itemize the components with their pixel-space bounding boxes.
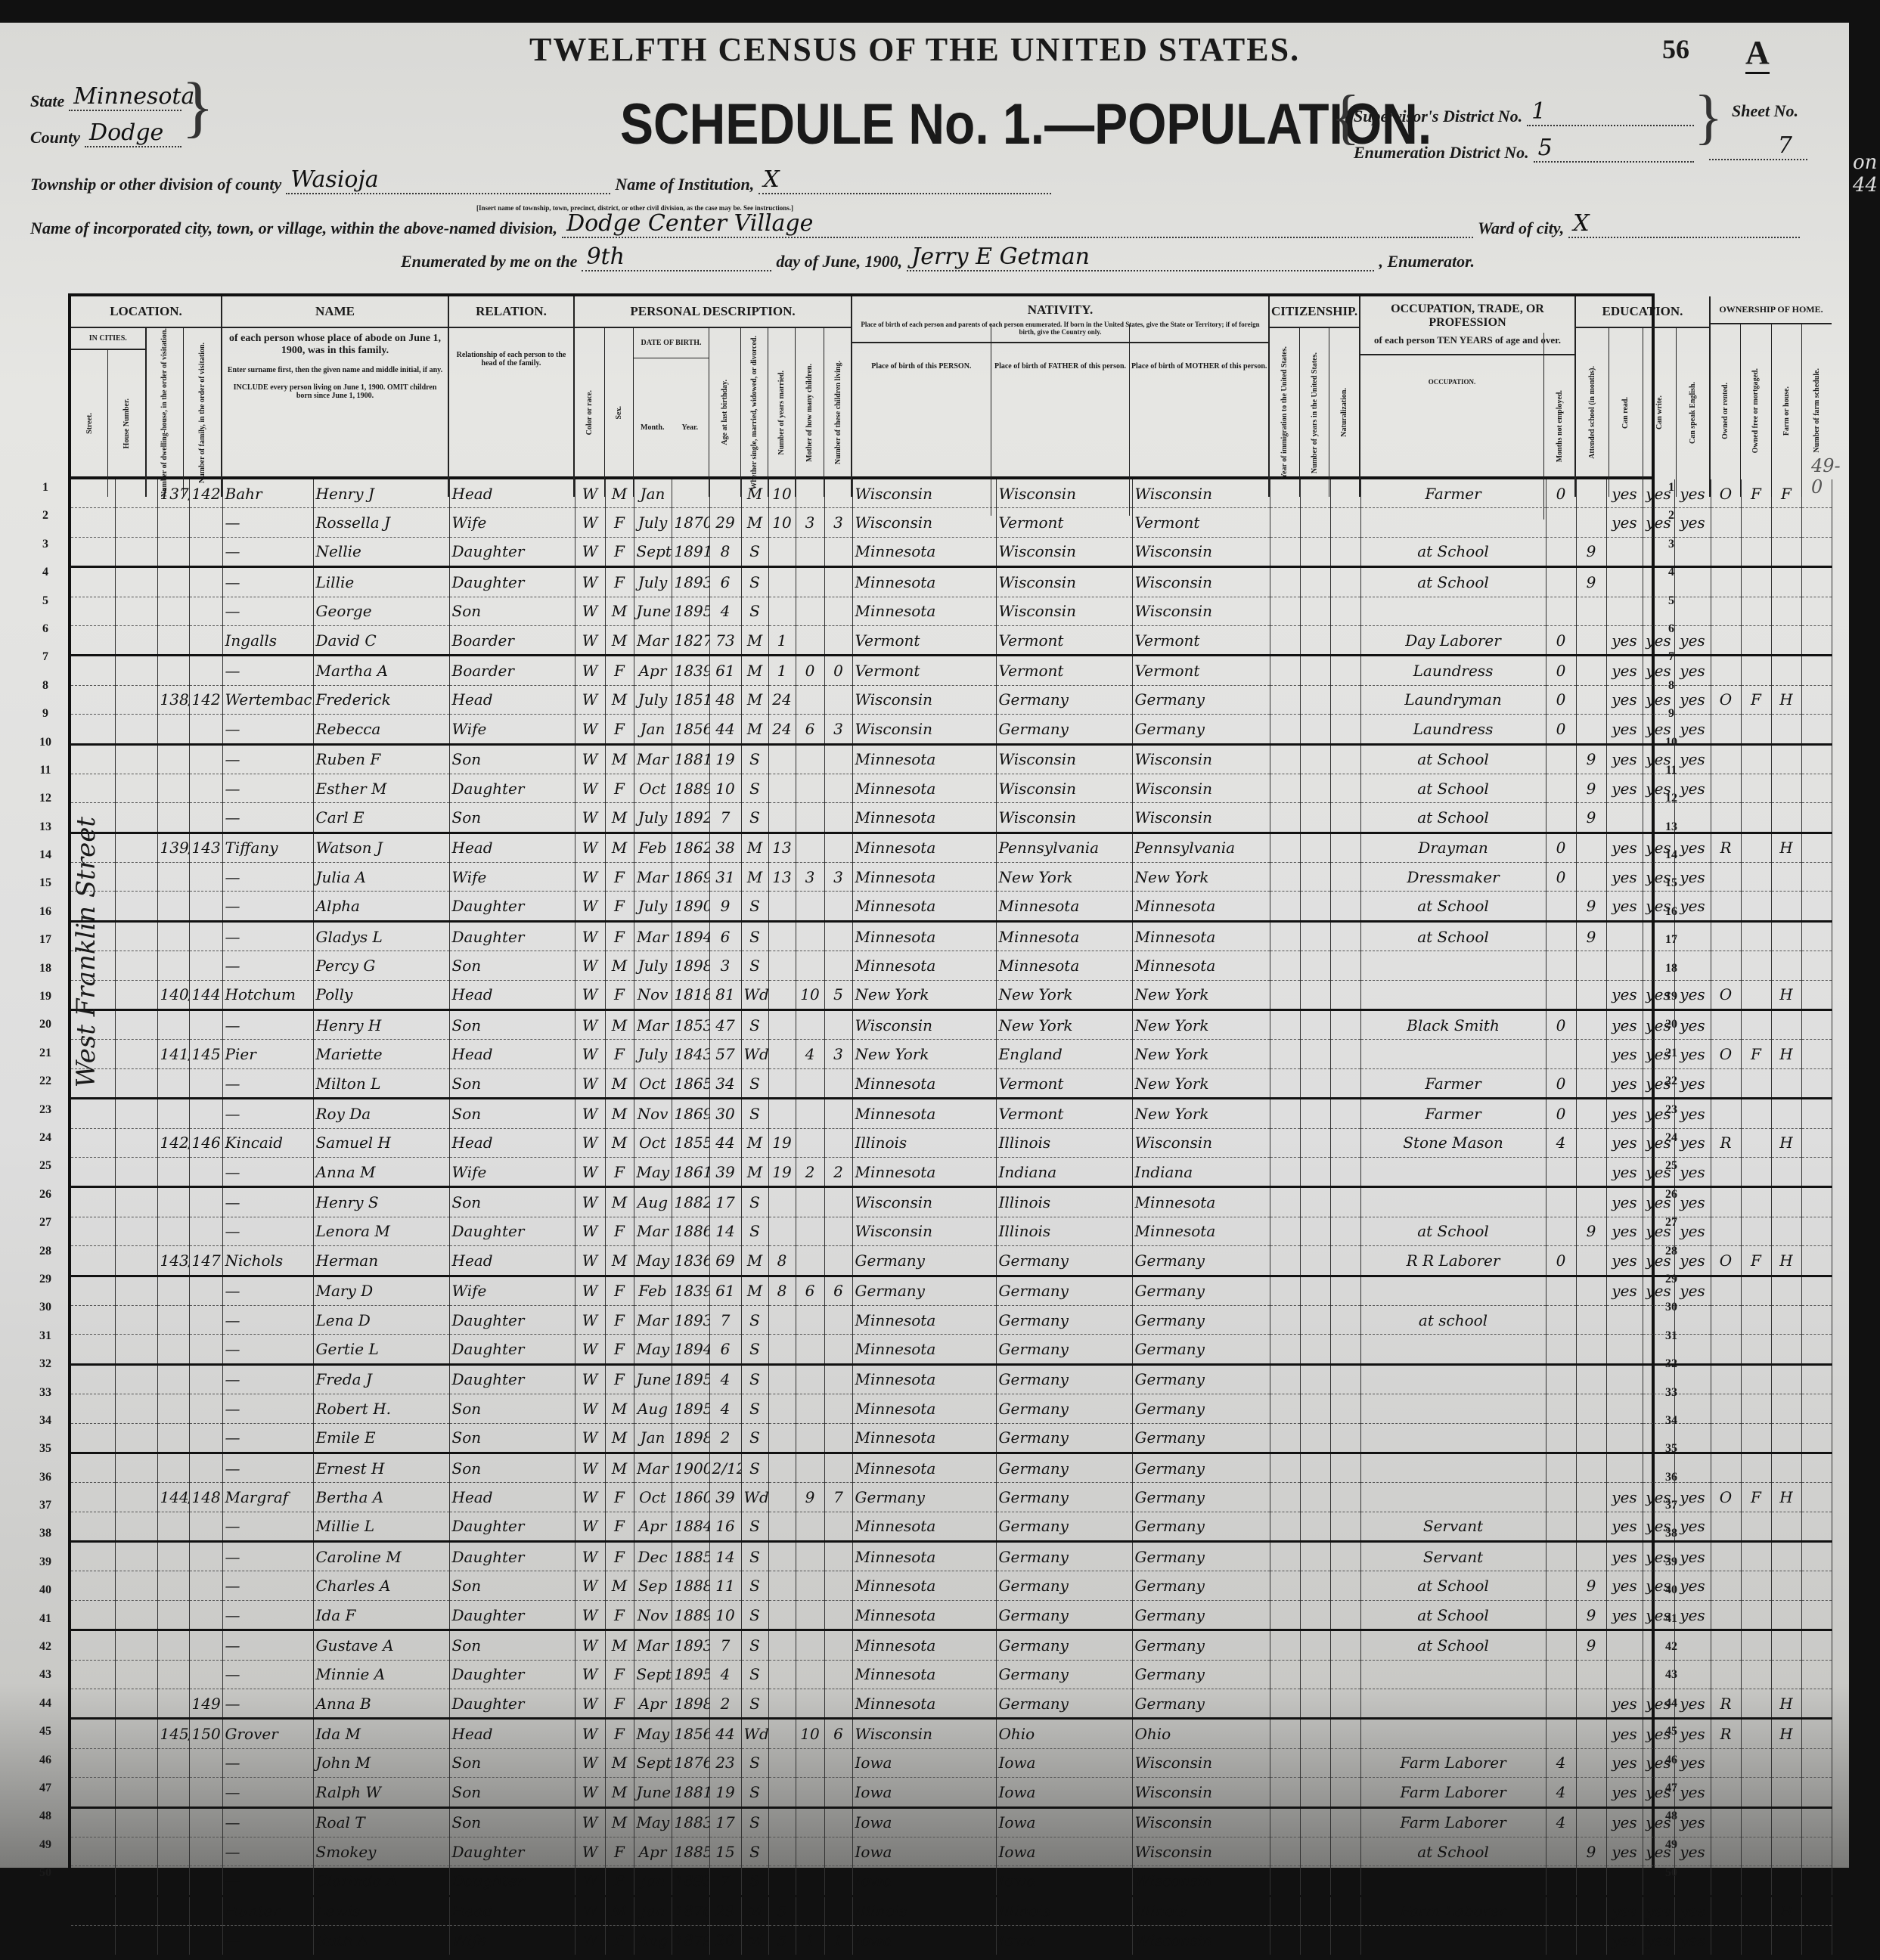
cell-given: Lena D: [313, 1305, 449, 1334]
cell-given: Robert H.: [313, 1394, 449, 1423]
cell-ch: 6: [824, 1719, 852, 1748]
cell-bf: Iowa: [996, 1837, 1132, 1865]
cell-bp: Minnesota: [852, 1068, 996, 1098]
cell-unemp: 0: [1546, 1068, 1576, 1098]
cell-dw: [157, 1600, 189, 1630]
cell-fh: [1771, 1335, 1801, 1364]
cell-bf: Vermont: [996, 1068, 1132, 1098]
cell-sch: 9: [1576, 1217, 1606, 1245]
supervisor-label: Supervisor's District No.: [1354, 107, 1522, 126]
cell-given: Roy Da: [313, 1099, 449, 1128]
cell-empty: [71, 774, 115, 802]
cell-empty: [115, 744, 157, 774]
cell-bm: Vermont: [1132, 625, 1270, 655]
cell-bp: Iowa: [852, 1837, 996, 1865]
cell-ch: [824, 567, 852, 597]
row-number: 41: [1656, 1605, 1686, 1633]
cell-empty: [115, 1305, 157, 1334]
cell-given: Anna B: [313, 1689, 449, 1719]
cell-mort: [1741, 1453, 1771, 1482]
cell-mo: [796, 1394, 824, 1423]
cell-sch: [1576, 597, 1606, 625]
cell-color: W: [575, 1630, 605, 1660]
cell-mort: [1741, 1335, 1771, 1364]
cell-mo: [796, 1453, 824, 1482]
cell-bp: Minnesota: [852, 1630, 996, 1660]
cell-occ: Drayman: [1360, 833, 1546, 862]
cell-rel: Son: [449, 1630, 575, 1660]
cell-age: 6: [709, 567, 741, 597]
cell-occ: at School: [1360, 774, 1546, 802]
cell-yr: 1843: [672, 1040, 709, 1068]
cell-age: 57: [709, 1040, 741, 1068]
row-number: 27: [30, 1208, 60, 1236]
cell-mo: [796, 951, 824, 980]
cell-own: [1711, 625, 1741, 655]
cell-fam: [189, 1600, 222, 1630]
cell-rel: Daughter: [449, 1512, 575, 1541]
cell-empty: [1270, 1040, 1300, 1068]
cell-sex: M: [605, 1778, 634, 1807]
cell-mar: S: [741, 892, 768, 921]
cell-sch: [1576, 685, 1606, 714]
cell-given: Gustave A: [313, 1630, 449, 1660]
cell-own: R: [1711, 1689, 1741, 1719]
cell-bf: Germany: [996, 1542, 1132, 1571]
cell-fam: [189, 1010, 222, 1040]
cell-empty: [1801, 1305, 1832, 1334]
cell-empty: [1801, 625, 1832, 655]
cell-empty: [1270, 1512, 1300, 1541]
cell-bf: Minnesota: [996, 921, 1132, 951]
cell-fam: [189, 1276, 222, 1305]
cell-rd: yes: [1606, 1187, 1643, 1217]
row-number: 49: [1656, 1831, 1686, 1859]
cell-mort: [1741, 803, 1771, 833]
cell-given: Mary D: [313, 1276, 449, 1305]
cell-empty: [71, 1364, 115, 1394]
cell-sch: [1576, 1542, 1606, 1571]
cell-mon: Mar: [634, 625, 672, 655]
cell-empty: [1270, 1276, 1300, 1305]
cell-color: W: [575, 1748, 605, 1777]
cell-fh: [1771, 597, 1801, 625]
cell-given: Samuel H: [313, 1128, 449, 1157]
cell-own: [1711, 1068, 1741, 1098]
cell-empty: [1270, 1157, 1300, 1186]
cell-mort: [1741, 656, 1771, 685]
cell-sex: M: [605, 625, 634, 655]
cell-own: O: [1711, 1483, 1741, 1512]
cell-rel: Daughter: [449, 1335, 575, 1364]
row-number: 36: [30, 1463, 60, 1491]
cell-empty: [1270, 715, 1300, 744]
cell-bm: Germany: [1132, 1571, 1270, 1600]
state-label: State: [30, 91, 64, 111]
row-number: 28: [30, 1237, 60, 1265]
cell-own: R: [1711, 1719, 1741, 1748]
cell-ch: [824, 1807, 852, 1837]
cell-empty: [1801, 1276, 1832, 1305]
cell-bm: Minnesota: [1132, 892, 1270, 921]
cell-empty: [1330, 1542, 1360, 1571]
cell-dw: [157, 803, 189, 833]
cell-yr: 1839: [672, 656, 709, 685]
cell-dw: [157, 1512, 189, 1541]
cell-empty: [1300, 833, 1330, 862]
cell-rel: Daughter: [449, 1217, 575, 1245]
cell-empty: [1801, 1010, 1832, 1040]
cell-mo: 10: [796, 980, 824, 1009]
cell-fam: [189, 1453, 222, 1482]
row-number: 10: [1656, 728, 1686, 756]
cell-mort: [1741, 774, 1771, 802]
cell-sch: [1576, 1453, 1606, 1482]
cell-mort: [1741, 1187, 1771, 1217]
cell-sex: M: [605, 1748, 634, 1777]
cell-bm: Pennsylvania: [1132, 833, 1270, 862]
cell-empty: [115, 1364, 157, 1394]
city-label: Name of incorporated city, town, or vill…: [30, 219, 557, 238]
cell-mon: Sep: [634, 1571, 672, 1600]
cell-empty: [1300, 1217, 1330, 1245]
cell-fh: [1771, 892, 1801, 921]
cell-empty: [71, 1217, 115, 1245]
cell-ch: [824, 1689, 852, 1719]
cell-empty: [1270, 1689, 1300, 1719]
cell-ch: [824, 1128, 852, 1157]
table-row: —AlphaDaughterWFJuly18909SMinnesotaMinne…: [71, 892, 1832, 921]
row-number: 3: [30, 530, 60, 558]
cell-unemp: 0: [1546, 1246, 1576, 1276]
cell-unemp: [1546, 1866, 1576, 1892]
cell-color: W: [575, 537, 605, 566]
cell-sur: —: [222, 892, 313, 921]
cell-fh: [1771, 1068, 1801, 1098]
cell-rel: Son: [449, 1807, 575, 1837]
cell-color: W: [575, 1778, 605, 1807]
cell-sur: —: [222, 1689, 313, 1719]
cell-ch: [824, 1099, 852, 1128]
cell-own: [1711, 1807, 1741, 1837]
cell-ym: 8: [768, 1276, 796, 1305]
cell-empty: [1300, 625, 1330, 655]
cell-age: 47: [709, 1010, 741, 1040]
cell-mon: July: [634, 892, 672, 921]
cell-age: 29: [709, 508, 741, 537]
cell-sur: —: [222, 1099, 313, 1128]
cell-empty: [1270, 1542, 1300, 1571]
page-letter: A: [1745, 33, 1770, 74]
cell-fh: [1771, 1600, 1801, 1630]
cell-empty: [1300, 537, 1330, 566]
cell-rel: Daughter: [449, 1837, 575, 1865]
cell-age: 38: [709, 833, 741, 862]
cell-own: [1711, 537, 1741, 566]
cell-ch: [824, 625, 852, 655]
cell-mo: [796, 1068, 824, 1098]
cell-empty: [1270, 1364, 1300, 1394]
cell-dw: [157, 1068, 189, 1098]
cell-empty: [1300, 1394, 1330, 1423]
cell-ym: [768, 1866, 796, 1892]
cell-color: W: [575, 1217, 605, 1245]
cell-color: W: [575, 1364, 605, 1394]
cell-fam: 144: [189, 980, 222, 1009]
row-number: 1: [1656, 473, 1686, 501]
cell-unemp: [1546, 803, 1576, 833]
cell-unemp: [1546, 1394, 1576, 1423]
cell-empty: [1330, 1423, 1360, 1453]
cell-age: 61: [709, 656, 741, 685]
cell-mort: [1741, 1364, 1771, 1394]
cell-empty: [1801, 744, 1832, 774]
cell-sch: [1576, 1778, 1606, 1807]
cell-yr: 1893: [672, 1866, 709, 1892]
cell-bp: Illinois: [852, 1128, 996, 1157]
cell-ym: [768, 1068, 796, 1098]
cell-mo: [796, 1305, 824, 1334]
township-value: Wasioja: [290, 166, 378, 193]
cell-ym: [768, 1660, 796, 1689]
cell-fh: H: [1771, 833, 1801, 862]
cell-mon: Mar: [634, 744, 672, 774]
cell-mon: Dec: [634, 1542, 672, 1571]
schedule-title: SCHEDULE No. 1.—POPULATION.: [620, 91, 1432, 157]
cell-empty: [1330, 774, 1360, 802]
citizenship-header: CITIZENSHIP. Year of immigration to the …: [1270, 296, 1360, 497]
cell-empty: [1330, 625, 1360, 655]
cell-empty: [1300, 656, 1330, 685]
cell-color: W: [575, 656, 605, 685]
cell-empty: [1801, 1837, 1832, 1865]
cell-rd: [1606, 567, 1643, 597]
cell-sex: M: [605, 1423, 634, 1453]
cell-sch: 9: [1576, 744, 1606, 774]
cell-empty: [115, 1010, 157, 1040]
cell-ch: [824, 1512, 852, 1541]
cell-yr: 1895: [672, 597, 709, 625]
table-row: —Gertie LDaughterWFMay18946SMinnesotaGer…: [71, 1335, 1832, 1364]
row-number: 44: [1656, 1689, 1686, 1717]
cell-color: W: [575, 1660, 605, 1689]
cell-ym: [768, 1187, 796, 1217]
cell-ym: 19: [768, 1157, 796, 1186]
cell-mort: [1741, 1305, 1771, 1334]
row-number: 19: [1656, 982, 1686, 1010]
cell-fam: [189, 1099, 222, 1128]
cell-empty: [1801, 1068, 1832, 1098]
cell-empty: [71, 1187, 115, 1217]
cell-bp: Germany: [852, 1483, 996, 1512]
cell-own: [1711, 656, 1741, 685]
cell-fam: [189, 1423, 222, 1453]
cell-mo: [796, 1335, 824, 1364]
cell-mort: [1741, 1157, 1771, 1186]
cell-bp: Minnesota: [852, 863, 996, 892]
cell-empty: [1330, 1364, 1360, 1394]
cell-mon: Jan: [634, 715, 672, 744]
cell-mar: M: [741, 863, 768, 892]
enumerated-day: 9th: [586, 243, 624, 270]
cell-mon: Nov: [634, 1099, 672, 1128]
cell-ch: [824, 1660, 852, 1689]
cell-bp: Minnesota: [852, 1453, 996, 1482]
cell-unemp: [1546, 1453, 1576, 1482]
cell-yr: 1869: [672, 863, 709, 892]
cell-occ: [1360, 1157, 1546, 1186]
enumerated-field: Enumerated by me on the 9th day of June,…: [401, 243, 1475, 271]
cell-sur: Wertembach: [222, 685, 313, 714]
cell-dw: 142/143: [157, 1128, 189, 1157]
cell-rel: Son: [449, 1423, 575, 1453]
cell-mort: [1741, 1689, 1771, 1719]
cell-empty: [115, 1807, 157, 1837]
cell-bf: Iowa: [996, 1866, 1132, 1892]
cell-mort: [1741, 1630, 1771, 1660]
cell-rd: yes: [1606, 1099, 1643, 1128]
cell-occ: Black Smith: [1360, 1010, 1546, 1040]
cell-fam: [189, 1778, 222, 1807]
row-number: 40: [30, 1576, 60, 1604]
cell-sur: —: [222, 1394, 313, 1423]
cell-ch: [824, 537, 852, 566]
cell-own: [1711, 1423, 1741, 1453]
cell-given: Martha A: [313, 656, 449, 685]
cell-empty: [71, 1660, 115, 1689]
cell-fam: [189, 951, 222, 980]
cell-rd: yes: [1606, 1542, 1643, 1571]
cell-empty: [1330, 597, 1360, 625]
cell-empty: [1270, 1719, 1300, 1748]
cell-ym: [768, 1630, 796, 1660]
cell-age: 4: [709, 1660, 741, 1689]
cell-empty: [1801, 980, 1832, 1009]
cell-dw: [157, 892, 189, 921]
cell-rel: Wife: [449, 508, 575, 537]
cell-fh: [1771, 508, 1801, 537]
cell-sex: F: [605, 508, 634, 537]
cell-fh: [1771, 1364, 1801, 1394]
cell-sur: Pier: [222, 1040, 313, 1068]
row-number: 5: [1656, 587, 1686, 615]
cell-yr: 1883: [672, 1807, 709, 1837]
cell-color: W: [575, 951, 605, 980]
cell-own: O: [1711, 980, 1741, 1009]
cell-ch: [824, 1010, 852, 1040]
table-row: —GeorgeSonWMJune18954SMinnesotaWisconsin…: [71, 597, 1832, 625]
cell-fam: [189, 1512, 222, 1541]
table-row: —Lena DDaughterWFMar18937SMinnesotaGerma…: [71, 1305, 1832, 1334]
cell-sch: [1576, 833, 1606, 862]
cell-empty: [1330, 1719, 1360, 1748]
cell-age: 4: [709, 1394, 741, 1423]
cell-bp: Minnesota: [852, 1364, 996, 1394]
cell-fh: H: [1771, 685, 1801, 714]
cell-unemp: [1546, 597, 1576, 625]
cell-rd: [1606, 1335, 1643, 1364]
cell-empty: [1801, 1483, 1832, 1512]
cell-empty: [115, 833, 157, 862]
cell-age: 23: [709, 1748, 741, 1777]
row-number: 4: [30, 558, 60, 586]
cell-dw: 143/144: [157, 1246, 189, 1276]
cell-empty: [1300, 1837, 1330, 1865]
cell-rd: yes: [1606, 1157, 1643, 1186]
cell-occ: [1360, 1394, 1546, 1423]
cell-empty: [115, 1837, 157, 1865]
cell-mar: S: [741, 1837, 768, 1865]
table-row: —Freda JDaughterWFJune18954SMinnesotaGer…: [71, 1364, 1832, 1394]
cell-empty: [115, 1068, 157, 1098]
cell-empty: [71, 1483, 115, 1512]
cell-sch: 9: [1576, 537, 1606, 566]
cell-ch: [824, 1630, 852, 1660]
cell-dw: 144/145: [157, 1483, 189, 1512]
cell-rd: yes: [1606, 980, 1643, 1009]
cell-ch: [824, 1335, 852, 1364]
cell-fh: [1771, 537, 1801, 566]
cell-fh: [1771, 715, 1801, 744]
cell-sex: M: [605, 744, 634, 774]
cell-mo: 3: [796, 863, 824, 892]
cell-sex: F: [605, 1335, 634, 1364]
cell-fam: [189, 1807, 222, 1837]
cell-empty: [1270, 1246, 1300, 1276]
enumeration-district-label: Enumeration District No.: [1354, 143, 1529, 163]
cell-ym: [768, 1217, 796, 1245]
cell-mar: M: [741, 1157, 768, 1186]
cell-ch: [824, 685, 852, 714]
table-row: —Carl ESonWMJuly18927SMinnesotaWisconsin…: [71, 803, 1832, 833]
cell-sch: 9: [1576, 892, 1606, 921]
cell-fam: [189, 508, 222, 537]
cell-color: W: [575, 1187, 605, 1217]
cell-fam: 149: [189, 1689, 222, 1719]
cell-ym: [768, 1364, 796, 1394]
cell-unemp: 0: [1546, 625, 1576, 655]
cell-mo: [796, 744, 824, 774]
cell-given: Gladys L: [313, 921, 449, 951]
cell-empty: [1330, 1040, 1360, 1068]
cell-given: Watson J: [313, 833, 449, 862]
cell-mar: S: [741, 1660, 768, 1689]
cell-empty: [1801, 685, 1832, 714]
cell-empty: [71, 1157, 115, 1186]
relation-header: RELATION. Relationship of each person to…: [449, 296, 575, 497]
cell-sur: Grover: [222, 1719, 313, 1748]
cell-empty: [1801, 1719, 1832, 1748]
cell-mar: Wd: [741, 1040, 768, 1068]
cell-mar: S: [741, 1453, 768, 1482]
cell-bm: Wisconsin: [1132, 1866, 1270, 1892]
cell-yr: 1836: [672, 1246, 709, 1276]
cell-occ: at School: [1360, 1217, 1546, 1245]
cell-color: W: [575, 774, 605, 802]
cell-given: Henry S: [313, 1187, 449, 1217]
row-number: 33: [30, 1379, 60, 1406]
cell-empty: [1801, 1099, 1832, 1128]
cell-unemp: [1546, 1689, 1576, 1719]
row-number: 18: [1656, 954, 1686, 982]
table-row: —Esther MDaughterWFOct188910SMinnesotaWi…: [71, 774, 1832, 802]
cell-ch: 5: [824, 980, 852, 1009]
cell-unemp: [1546, 1217, 1576, 1245]
cell-sur: Nichols: [222, 1246, 313, 1276]
cell-mort: [1741, 1600, 1771, 1630]
cell-color: W: [575, 1483, 605, 1512]
cell-occ: at School: [1360, 744, 1546, 774]
